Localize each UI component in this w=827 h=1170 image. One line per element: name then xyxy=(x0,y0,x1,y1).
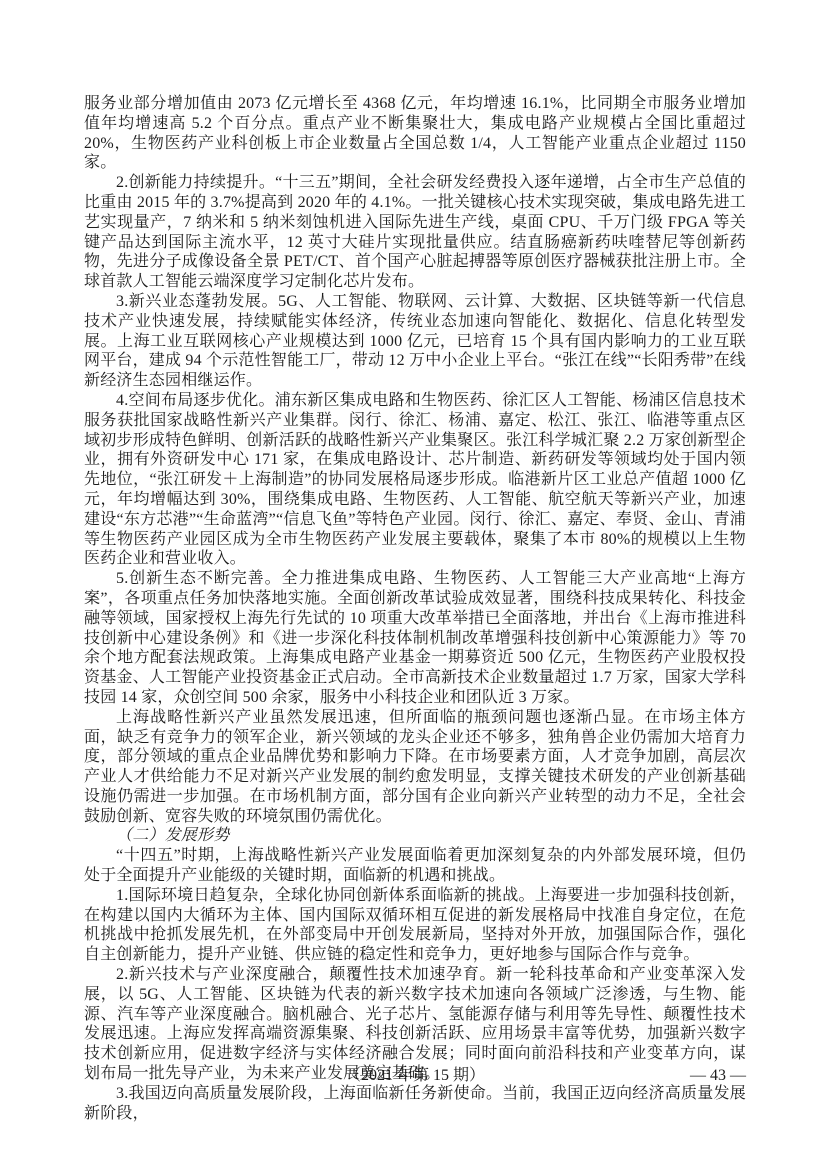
numbered-item-4-spatial-layout: 4.空间布局逐步优化。浦东新区集成电路和生物医药、徐汇区人工智能、杨浦区信息技术… xyxy=(84,391,746,569)
numbered-item-5-innovation-ecosystem: 5.创新生态不断完善。全力推进集成电路、生物医药、人工智能三大产业高地“上海方案… xyxy=(84,569,746,708)
numbered-item-3-high-quality-development: 3.我国迈向高质量发展阶段，上海面临新任务新使命。当前，我国正迈向经济高质量发展… xyxy=(84,1084,746,1124)
page-footer: （2021 年第 15 期） — 43 — xyxy=(84,1066,746,1086)
section-heading-development-situation: （二）发展形势 xyxy=(84,826,746,846)
journal-issue-label: （2021 年第 15 期） xyxy=(84,1066,746,1086)
document-page: 服务业部分增加值由 2073 亿元增长至 4368 亿元，年均增速 16.1%，… xyxy=(0,0,827,1170)
body-paragraph-14th-five-year: “十四五”时期，上海战略性新兴产业发展面临着更加深刻复杂的内外部发展环境，但仍处… xyxy=(84,846,746,886)
numbered-item-3-new-business: 3.新兴业态蓬勃发展。5G、人工智能、物联网、云计算、大数据、区块链等新一代信息… xyxy=(84,292,746,391)
body-paragraph-continuation: 服务业部分增加值由 2073 亿元增长至 4368 亿元，年均增速 16.1%，… xyxy=(84,94,746,173)
numbered-item-2-innovation: 2.创新能力持续提升。“十三五”期间，全社会研发经费投入逐年递增，占全市生产总值… xyxy=(84,173,746,292)
document-text-block: 服务业部分增加值由 2073 亿元增长至 4368 亿元，年均增速 16.1%，… xyxy=(84,94,746,1123)
numbered-item-1-international-environment: 1.国际环境日趋复杂，全球化协同创新体系面临新的挑战。上海要进一步加强科技创新，… xyxy=(84,886,746,965)
page-number: — 43 — xyxy=(690,1066,746,1086)
body-paragraph-bottleneck: 上海战略性新兴产业虽然发展迅速，但所面临的瓶颈问题也逐渐凸显。在市场主体方面，缺… xyxy=(84,708,746,827)
